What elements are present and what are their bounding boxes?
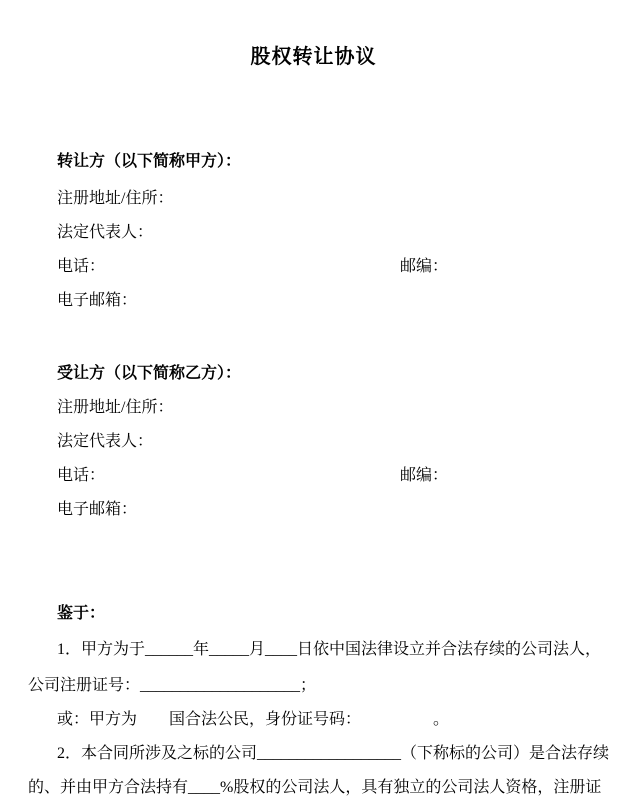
party-a-email-label: 电子邮箱： (57, 291, 137, 311)
recital-clause2-line1: 2．本合同所涉及之标的公司__________________（下称标的公司）是… (57, 744, 609, 764)
party-a-heading: 转让方（以下简称甲方）： (57, 152, 241, 172)
party-a-phone-label: 电话： (57, 257, 105, 277)
recital-clause1-alternative-line: 或：甲方为 国合法公民，身份证号码： 。 (57, 710, 449, 730)
party-b-phone-label: 电话： (57, 466, 105, 486)
recital-clause1-line1: 1．甲方为于______年_____月____日依中国法律设立并合法存续的公司法… (57, 640, 601, 660)
contract-document-page: 股权转让协议 转让方（以下简称甲方）： 注册地址/住所： 法定代表人： 电话： … (0, 0, 627, 811)
party-b-postal-code-label: 邮编： (400, 466, 448, 486)
party-a-registered-address-label: 注册地址/住所： (57, 189, 173, 209)
party-a-postal-code-label: 邮编： (400, 257, 448, 277)
recital-clause2-line2: 的、并由甲方合法持有____%股权的公司法人，具有独立的公司法人资格，注册证 (28, 778, 601, 798)
document-title: 股权转让协议 (0, 40, 627, 69)
party-b-heading: 受让方（以下简称乙方）： (57, 364, 241, 384)
party-a-legal-representative-label: 法定代表人： (57, 223, 153, 243)
party-b-legal-representative-label: 法定代表人： (57, 432, 153, 452)
party-b-registered-address-label: 注册地址/住所： (57, 398, 173, 418)
party-b-email-label: 电子邮箱： (57, 500, 137, 520)
recital-clause1-line2: 公司注册证号：____________________； (28, 676, 316, 696)
recitals-heading: 鉴于： (57, 604, 105, 624)
